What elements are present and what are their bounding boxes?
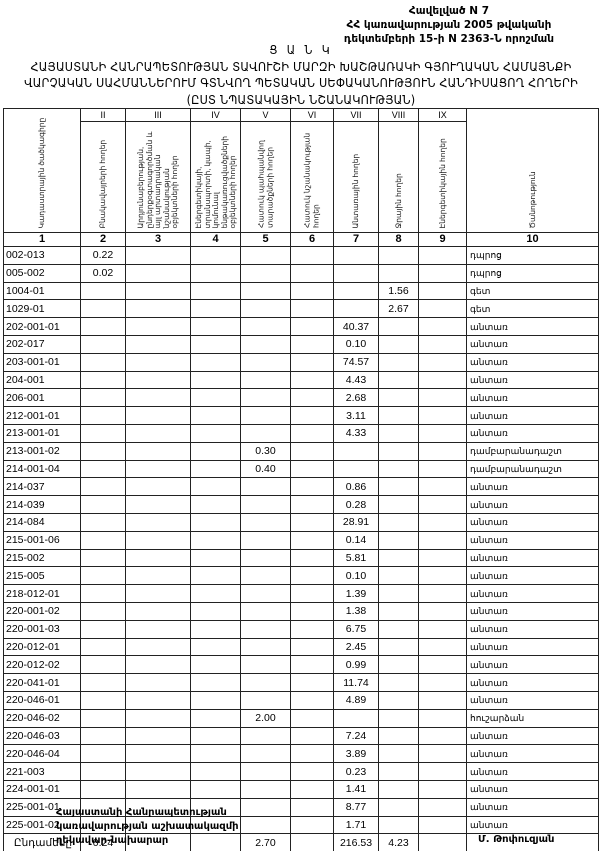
col-number: 8 (379, 233, 419, 247)
area-cell (191, 478, 241, 496)
table-row: 220-046-022.00հուշարձան (4, 709, 599, 727)
signatory-title: Հայաստանի Հանրապետության կառավարության ա… (56, 806, 239, 848)
area-cell (291, 638, 334, 656)
roman-2: II (81, 109, 126, 122)
column-number-row: 1 2 3 4 5 6 7 8 9 10 (4, 233, 599, 247)
cadastral-code-cell: 220-001-03 (4, 620, 81, 638)
area-cell (419, 478, 467, 496)
area-cell (379, 247, 419, 265)
title-line-3: ՎԱՐՉԱԿԱՆ ՍԱՀՄԱՆՆԵՐՈՒՄ ԳՏՆՎՈՂ ՊԵՏԱԿԱՆ ՍԵՓ… (0, 75, 602, 92)
area-cell (191, 424, 241, 442)
area-cell (191, 531, 241, 549)
area-cell: 2.67 (379, 300, 419, 318)
area-cell (419, 335, 467, 353)
area-cell (419, 353, 467, 371)
area-cell (241, 780, 291, 798)
roman-9: IX (419, 109, 467, 122)
area-cell (81, 709, 126, 727)
area-cell (126, 424, 191, 442)
area-cell (334, 442, 379, 460)
area-cell (241, 389, 291, 407)
area-cell: 1.38 (334, 602, 379, 620)
table-row: 220-001-021.38անտառ (4, 602, 599, 620)
table-row: 203-001-0174.57անտառ (4, 353, 599, 371)
area-cell (241, 531, 291, 549)
area-cell (291, 371, 334, 389)
area-cell (379, 798, 419, 816)
area-cell (191, 442, 241, 460)
area-cell (419, 638, 467, 656)
area-cell (291, 567, 334, 585)
area-cell (291, 763, 334, 781)
note-cell: անտառ (467, 531, 599, 549)
area-cell: 0.14 (334, 531, 379, 549)
area-cell (291, 745, 334, 763)
area-cell (126, 549, 191, 567)
area-cell (334, 300, 379, 318)
area-cell (81, 353, 126, 371)
area-cell (291, 834, 334, 851)
area-cell: 1.56 (379, 282, 419, 300)
area-cell: 5.81 (334, 549, 379, 567)
cadastral-code-cell: 220-041-01 (4, 674, 81, 692)
area-cell (241, 264, 291, 282)
note-cell: անտառ (467, 745, 599, 763)
cadastral-code-cell: 005-002 (4, 264, 81, 282)
cadastral-code-cell: 221-003 (4, 763, 81, 781)
area-cell: 4.89 (334, 691, 379, 709)
area-cell (81, 371, 126, 389)
cadastral-code-cell: 206-001 (4, 389, 81, 407)
area-cell: 6.75 (334, 620, 379, 638)
col-number: 5 (241, 233, 291, 247)
area-cell (81, 780, 126, 798)
note-cell: անտառ (467, 353, 599, 371)
area-cell (419, 834, 467, 851)
area-cell (126, 353, 191, 371)
note-cell: գետ (467, 282, 599, 300)
note-cell: անտառ (467, 335, 599, 353)
area-cell (81, 442, 126, 460)
area-cell (419, 727, 467, 745)
table-row: 1004-011.56գետ (4, 282, 599, 300)
area-cell (126, 478, 191, 496)
cadastral-code-cell: 214-084 (4, 513, 81, 531)
area-cell (241, 424, 291, 442)
area-cell (419, 674, 467, 692)
area-cell (191, 674, 241, 692)
area-cell (191, 496, 241, 514)
cadastral-code-cell: 215-002 (4, 549, 81, 567)
area-cell (419, 318, 467, 336)
area-cell (379, 745, 419, 763)
area-cell (191, 691, 241, 709)
area-cell (379, 638, 419, 656)
area-cell (291, 531, 334, 549)
area-cell (191, 638, 241, 656)
area-cell (81, 727, 126, 745)
annex-number: Հավելված N 7 (344, 4, 554, 18)
area-cell (126, 442, 191, 460)
cadastral-code-cell: 220-046-03 (4, 727, 81, 745)
area-cell (291, 264, 334, 282)
area-cell (334, 282, 379, 300)
area-cell (81, 745, 126, 763)
area-cell (379, 335, 419, 353)
note-cell: անտառ (467, 727, 599, 745)
table-row: 214-0390.28անտառ (4, 496, 599, 514)
cadastral-code-cell: 002-013 (4, 247, 81, 265)
table-row: 224-001-011.41անտառ (4, 780, 599, 798)
area-cell (126, 371, 191, 389)
table-row: 220-041-0111.74անտառ (4, 674, 599, 692)
area-cell (126, 264, 191, 282)
area-cell (291, 780, 334, 798)
col-header-7: Անտառային հողեր (334, 122, 379, 233)
area-cell (126, 389, 191, 407)
area-cell (241, 478, 291, 496)
table-row: 206-0012.68անտառ (4, 389, 599, 407)
area-cell (191, 282, 241, 300)
area-cell (379, 816, 419, 834)
cadastral-code-cell: 1029-01 (4, 300, 81, 318)
area-cell (379, 407, 419, 425)
area-cell (379, 691, 419, 709)
area-cell (191, 727, 241, 745)
area-cell: 8.77 (334, 798, 379, 816)
area-cell (379, 442, 419, 460)
area-cell (81, 567, 126, 585)
area-cell (191, 549, 241, 567)
col-header-6: Հատուկ նշանակության հողեր (291, 122, 334, 233)
area-cell (379, 780, 419, 798)
cadastral-code-cell: 202-001-01 (4, 318, 81, 336)
table-row: 220-012-012.45անտառ (4, 638, 599, 656)
area-cell (291, 247, 334, 265)
area-cell (291, 674, 334, 692)
signatory-line-3: ղեկավար-նախարար (56, 834, 239, 848)
cadastral-code-cell: 204-001 (4, 371, 81, 389)
note-cell: անտառ (467, 567, 599, 585)
area-cell (291, 318, 334, 336)
area-cell (81, 763, 126, 781)
area-cell (379, 674, 419, 692)
area-cell: 1.41 (334, 780, 379, 798)
note-cell: անտառ (467, 407, 599, 425)
area-cell: 0.02 (81, 264, 126, 282)
table-row: 213-001-014.33անտառ (4, 424, 599, 442)
table-row: 220-012-020.99անտառ (4, 656, 599, 674)
area-cell (379, 567, 419, 585)
area-cell (81, 549, 126, 567)
title-line-4: (ԸՍՏ ՆՊԱՏԱԿԱՅԻՆ ՆՇԱՆԱԿՈՒԹՅԱՆ) (0, 92, 602, 109)
signatory-name: Մ. Թոփուզյան (478, 834, 554, 845)
note-cell: անտառ (467, 620, 599, 638)
area-cell: 0.30 (241, 442, 291, 460)
cadastral-code-cell: 213-001-01 (4, 424, 81, 442)
note-cell: անտառ (467, 585, 599, 603)
area-cell (191, 763, 241, 781)
table-row: 214-08428.91անտառ (4, 513, 599, 531)
cadastral-code-cell: 214-037 (4, 478, 81, 496)
area-cell (379, 460, 419, 478)
roman-5: V (241, 109, 291, 122)
area-cell (126, 300, 191, 318)
area-cell (191, 300, 241, 318)
col-header-2: Բնակավայրերի հողեր (81, 122, 126, 233)
area-cell (379, 531, 419, 549)
area-cell (241, 513, 291, 531)
area-cell: 3.89 (334, 745, 379, 763)
area-cell (126, 335, 191, 353)
area-cell (241, 585, 291, 603)
col-number: 9 (419, 233, 467, 247)
note-cell: անտառ (467, 496, 599, 514)
area-cell (126, 513, 191, 531)
area-cell (419, 798, 467, 816)
note-cell: անտառ (467, 691, 599, 709)
area-cell (81, 478, 126, 496)
table-row: 212-001-013.11անտառ (4, 407, 599, 425)
col-header-5: Հատուկ պահպանվող տարածքների հողեր (241, 122, 291, 233)
note-cell: անտառ (467, 513, 599, 531)
cadastral-code-cell: 214-001-04 (4, 460, 81, 478)
area-cell (241, 638, 291, 656)
area-cell (291, 691, 334, 709)
area-cell (81, 335, 126, 353)
area-cell (419, 745, 467, 763)
area-cell (241, 816, 291, 834)
area-cell (419, 602, 467, 620)
area-cell (241, 656, 291, 674)
area-cell (379, 389, 419, 407)
area-cell: 4.33 (334, 424, 379, 442)
note-cell: անտառ (467, 371, 599, 389)
note-cell: անտառ (467, 816, 599, 834)
area-cell (126, 585, 191, 603)
roman-6: VI (291, 109, 334, 122)
col-number: 1 (4, 233, 81, 247)
area-cell (241, 282, 291, 300)
area-cell (379, 620, 419, 638)
note-cell: դպրոց (467, 264, 599, 282)
cadastral-code-cell: 224-001-01 (4, 780, 81, 798)
area-cell: 74.57 (334, 353, 379, 371)
area-cell (126, 531, 191, 549)
area-cell (291, 549, 334, 567)
area-cell (191, 371, 241, 389)
area-cell (379, 371, 419, 389)
area-cell: 0.40 (241, 460, 291, 478)
area-cell (81, 638, 126, 656)
area-cell: 216.53 (334, 834, 379, 851)
area-cell (379, 549, 419, 567)
area-cell (291, 798, 334, 816)
roman-3: III (126, 109, 191, 122)
note-cell: անտառ (467, 602, 599, 620)
area-cell (241, 691, 291, 709)
area-cell (241, 745, 291, 763)
cadastral-code-cell: 215-001-06 (4, 531, 81, 549)
area-cell (81, 513, 126, 531)
annex-decision-line: ՀՀ կառավարության 2005 թվականի (344, 18, 554, 32)
cadastral-code-cell: 220-046-02 (4, 709, 81, 727)
area-cell (379, 496, 419, 514)
area-cell (191, 745, 241, 763)
roman-8: VIII (379, 109, 419, 122)
area-cell (419, 709, 467, 727)
area-cell (126, 763, 191, 781)
area-cell (191, 318, 241, 336)
area-cell: 0.22 (81, 247, 126, 265)
area-cell (379, 602, 419, 620)
note-cell: անտառ (467, 549, 599, 567)
cadastral-code-cell: 203-001-01 (4, 353, 81, 371)
area-cell (241, 300, 291, 318)
area-cell (126, 674, 191, 692)
area-cell: 1.71 (334, 816, 379, 834)
area-cell: 0.10 (334, 567, 379, 585)
area-cell (419, 300, 467, 318)
table-row: 005-0020.02դպրոց (4, 264, 599, 282)
area-cell (126, 620, 191, 638)
table-row: 220-001-036.75անտառ (4, 620, 599, 638)
table-row: 002-0130.22դպրոց (4, 247, 599, 265)
col-header-4: Էներգետիկայի, տրանսպորտի, կապի, կոմունալ… (191, 122, 241, 233)
table-row: 215-0025.81անտառ (4, 549, 599, 567)
area-cell (81, 407, 126, 425)
area-cell (241, 798, 291, 816)
note-cell: անտառ (467, 424, 599, 442)
table-row: 221-0030.23անտառ (4, 763, 599, 781)
title-line-2: ՀԱՅԱՍՏԱՆԻ ՀԱՆՐԱՊԵՏՈՒԹՅԱՆ ՏԱՎՈՒՇԻ ՄԱՐԶԻ Խ… (0, 59, 602, 76)
area-cell (291, 478, 334, 496)
area-cell: 0.86 (334, 478, 379, 496)
table-row: 215-001-060.14անտառ (4, 531, 599, 549)
table-row: 202-0170.10անտառ (4, 335, 599, 353)
area-cell (81, 389, 126, 407)
area-cell (291, 620, 334, 638)
area-cell (241, 674, 291, 692)
area-cell (419, 816, 467, 834)
area-cell (126, 780, 191, 798)
area-cell: 0.28 (334, 496, 379, 514)
note-cell: անտառ (467, 389, 599, 407)
area-cell (291, 496, 334, 514)
area-cell: 2.45 (334, 638, 379, 656)
cadastral-code-cell: 218-012-01 (4, 585, 81, 603)
note-cell: անտառ (467, 780, 599, 798)
area-cell (81, 620, 126, 638)
area-cell (191, 513, 241, 531)
area-cell (81, 656, 126, 674)
area-cell (419, 371, 467, 389)
signatory-line-2: կառավարության աշխատակազմի (56, 820, 239, 834)
area-cell (291, 424, 334, 442)
cadastral-code-cell: 220-046-01 (4, 691, 81, 709)
area-cell (241, 335, 291, 353)
note-cell: գետ (467, 300, 599, 318)
area-cell (379, 727, 419, 745)
area-cell (291, 585, 334, 603)
area-cell (334, 460, 379, 478)
area-cell: 0.10 (334, 335, 379, 353)
area-cell (241, 407, 291, 425)
area-cell (191, 620, 241, 638)
col-number: 6 (291, 233, 334, 247)
cadastral-code-cell: 202-017 (4, 335, 81, 353)
table-body: 002-0130.22դպրոց005-0020.02դպրոց1004-011… (4, 247, 599, 851)
area-cell (126, 460, 191, 478)
area-cell (81, 691, 126, 709)
area-cell (81, 424, 126, 442)
area-cell: 40.37 (334, 318, 379, 336)
area-cell (419, 691, 467, 709)
area-cell (81, 318, 126, 336)
area-cell (419, 531, 467, 549)
area-cell (291, 407, 334, 425)
area-cell (241, 567, 291, 585)
area-cell (191, 264, 241, 282)
area-cell (419, 549, 467, 567)
table-row: 202-001-0140.37անտառ (4, 318, 599, 336)
note-cell: դամբարանադաշտ (467, 442, 599, 460)
area-cell (81, 674, 126, 692)
area-cell: 2.70 (241, 834, 291, 851)
area-cell (419, 620, 467, 638)
cadastral-code-cell: 212-001-01 (4, 407, 81, 425)
note-cell: անտառ (467, 638, 599, 656)
note-cell: անտառ (467, 798, 599, 816)
cadastral-code-cell: 220-012-01 (4, 638, 81, 656)
area-cell: 4.43 (334, 371, 379, 389)
col-number: 3 (126, 233, 191, 247)
area-cell (291, 389, 334, 407)
area-cell (241, 727, 291, 745)
area-cell (291, 602, 334, 620)
table-row: 220-046-043.89անտառ (4, 745, 599, 763)
area-cell (291, 727, 334, 745)
col-number: 2 (81, 233, 126, 247)
area-cell (291, 353, 334, 371)
note-cell: դամբարանադաշտ (467, 460, 599, 478)
area-cell: 28.91 (334, 513, 379, 531)
note-cell: անտառ (467, 763, 599, 781)
area-cell (81, 496, 126, 514)
area-cell (191, 585, 241, 603)
area-cell (191, 389, 241, 407)
roman-7: VII (334, 109, 379, 122)
area-cell (241, 247, 291, 265)
area-cell (419, 763, 467, 781)
area-cell (334, 247, 379, 265)
table-row: 220-046-037.24անտառ (4, 727, 599, 745)
col-header-8: Ջրային հողեր (379, 122, 419, 233)
area-cell (81, 531, 126, 549)
area-cell (419, 389, 467, 407)
roman-header-row: Կադաստրային ծածկագիրը II III IV V VI VII… (4, 109, 599, 122)
signatory-line-1: Հայաստանի Հանրապետության (56, 806, 239, 820)
area-cell (379, 585, 419, 603)
area-cell (126, 656, 191, 674)
note-cell: անտառ (467, 318, 599, 336)
area-cell (419, 442, 467, 460)
col-number: 10 (467, 233, 599, 247)
area-cell (241, 602, 291, 620)
area-cell (419, 424, 467, 442)
area-cell (191, 780, 241, 798)
area-cell (126, 691, 191, 709)
